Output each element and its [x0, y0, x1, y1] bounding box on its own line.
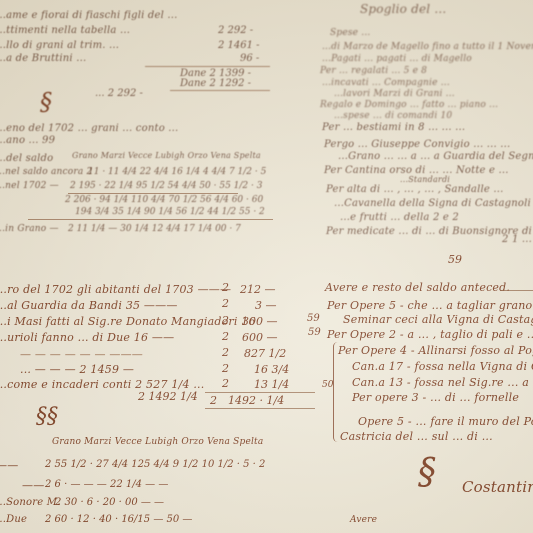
right-bottom-heading: Avere e resto del saldo anteced. [325, 281, 510, 294]
left-top-amount-2: 2 1461 - [218, 40, 260, 51]
margin-number: 59 [307, 313, 320, 324]
right-bottom-line: Per Opere 4 - Allinarsi fosso al Poggio … [338, 344, 533, 357]
left-top-subtotal-3: ... 2 292 - [95, 88, 143, 99]
ledger-row-mark: 2 [222, 377, 229, 390]
right-line: ...Grano ... ... a ... a Guardia del Seg… [338, 151, 533, 162]
left-top-line-1: ...ame e fiorai di fiaschi figli del ... [0, 10, 178, 21]
table1-row-label: ...in Grano — [0, 224, 59, 234]
ledger-row-amount: 3 — [255, 299, 277, 312]
divider [205, 408, 315, 409]
right-line: Per ... bestiami in 8 ... ... ... [322, 122, 465, 133]
right-title: Spoglio del ... [360, 2, 446, 16]
ledger-row-mark: 2 [222, 346, 229, 359]
divider [145, 66, 270, 67]
right-line: Per alta di ... , ... , ... , Sandalle .… [326, 184, 504, 195]
right-line: ...Pagati ... pagati ... di Magello [322, 54, 472, 64]
ledger-row-text: — — — — — — ——— [20, 348, 143, 361]
section-mark: § [418, 452, 436, 493]
right-bottom-line: Per Opere 5 - che ... a tagliar grano in… [327, 299, 533, 312]
margin-number: 59 [308, 327, 321, 338]
table1-row-values: 194 3/4 35 1/4 90 1/4 56 1/2 44 1/2 55 ·… [75, 207, 265, 217]
page-number: 59 [448, 253, 462, 266]
table1-row-label: ...nel 1702 — [0, 181, 59, 191]
table1-intro2: ...ano ... 99 [0, 135, 55, 146]
bracket [333, 342, 342, 442]
right-line: ...spese ... di comandi 10 [334, 111, 452, 121]
right-line: ...incavati ... Compagnie ... [322, 78, 450, 88]
table1-columns: Grano Marzi Vecce Lubigh Orzo Vena Spelt… [72, 151, 261, 160]
ledger-row-amount: 13 1/4 [254, 378, 289, 391]
right-line: Regalo e Domingo ... fatto ... piano ... [320, 100, 498, 110]
table2-row-label: ...Due [0, 514, 27, 525]
divider [28, 219, 273, 220]
ledger-row-mark: 2 [210, 394, 217, 407]
left-top-line-2: ...ttimenti nella tabella ... [0, 25, 130, 36]
table1-row-values: 2 195 · 22 1/4 95 1/2 54 4/4 50 · 55 1/2… [70, 181, 262, 191]
left-top-line-4: ...a de Bruttini ... [0, 53, 86, 64]
right-line: ...di Marzo de Magello fino a tutto il 1… [322, 42, 533, 52]
left-top-subtotal-2: Dane 2 1292 - [180, 78, 251, 89]
ledger-row-mark: 2 [222, 362, 229, 375]
section-mark: §§ [36, 404, 58, 429]
right-bottom-line: Can.a 13 - fossa nel Sig.re ... a ... [352, 376, 533, 389]
ledger-row-text: ...i Masi fatti al Sig.re Donato Mangiad… [0, 315, 256, 328]
right-line: Per ... regalati ... 5 e 8 [320, 66, 427, 76]
right-bottom-line: Castricia del ... sul ... di ... [340, 430, 493, 443]
ledger-row-amount: 212 — [240, 283, 276, 296]
table1-intro: ...eno del 1702 ... grani ... conto ... [0, 123, 178, 134]
ledger-row-amount: 827 1/2 [244, 347, 286, 360]
table2-columns: Grano Marzi Vecce Lubigh Orzo Vena Spelt… [52, 437, 263, 447]
divider [170, 90, 270, 91]
right-line: ...Standardi [400, 175, 450, 184]
ledger-row-mark: 2 [222, 281, 229, 294]
right-bottom-line: Per Opere 2 - a ... , taglio di pali e .… [327, 328, 533, 341]
divider [205, 392, 315, 393]
right-line: Spese ... [330, 28, 370, 38]
right-line: ...e frutti ... della 2 e 2 [340, 212, 459, 223]
paper-shading [0, 0, 533, 533]
ledger-row-amount: 300 — [242, 315, 278, 328]
ledger-subtotal: 2 1492 1/4 [138, 390, 198, 403]
manuscript-page: ...ame e fiorai di fiaschi figli del ...… [0, 0, 533, 533]
table2-row-values: 2 30 · 6 · 20 · 00 — — [55, 497, 164, 508]
table1-header-label: ...del saldo [0, 153, 53, 164]
right-line: ...lavori Marzi di Grani ... [334, 89, 455, 99]
right-line: 2 1 ... [502, 234, 532, 245]
table2-row-values: 2 6 · — — — 22 1/4 — — [45, 479, 168, 490]
footer-label: Avere [350, 515, 377, 525]
margin-number: 50 [322, 380, 333, 390]
ledger-total: 1492 · 1/4 [228, 394, 284, 407]
right-bottom-line: Seminar ceci alla Vigna di Castagnolo [343, 313, 533, 326]
ledger-row-mark: 2 [222, 330, 229, 343]
section-mark: § [40, 88, 52, 116]
table2-row-values: 2 60 · 12 · 40 · 16/15 — 50 — [45, 514, 192, 525]
ledger-row-mark: 2 [222, 314, 229, 327]
right-bottom-line: Per opere 3 - ... di ... fornelle [352, 391, 519, 404]
right-line: Pergo ... Giuseppe Convigio ... ... ... [324, 139, 510, 150]
table1-row-values: 11 · 11 4/4 22 4/4 16 1/4 4 4/4 7 1/2 · … [88, 167, 266, 177]
table2-row-label: ...Sonore M. [0, 497, 61, 508]
table1-row-values: 2 11 1/4 — 30 1/4 12 4/4 17 1/4 00 · 7 [68, 224, 241, 234]
left-top-amount-3: 96 - [240, 53, 259, 64]
table1-row-label: ...nel saldo ancora 2 [0, 167, 92, 177]
left-top-amount-1: 2 292 - [218, 25, 253, 36]
table2-row-values: 2 55 1/2 · 27 4/4 125 4/4 9 1/2 10 1/2 ·… [45, 459, 265, 470]
ledger-row-mark: 2 [222, 297, 229, 310]
divider [500, 290, 533, 291]
ledger-row-amount: 600 — [242, 331, 278, 344]
table2-row-label: —— [0, 459, 18, 472]
ledger-row-text: ...al Guardia da Bandi 35 ——— [0, 299, 178, 312]
table2-row-label: —— [22, 479, 44, 492]
right-bottom-line: Can.a 17 - fossa nella Vigna di Castagno… [352, 360, 533, 373]
divider [68, 193, 238, 194]
right-bottom-line: Opere 5 - ... fare il muro del Podere [358, 415, 533, 428]
ledger-row-text: ...urioli fanno ... di Due 16 —— [0, 331, 174, 344]
ledger-row-text: ...ro del 1702 gli abitanti del 1703 ——— [0, 283, 231, 296]
table1-row-values: 2 206 · 94 1/4 110 4/4 70 1/2 56 4/4 60 … [65, 195, 263, 205]
ledger-row-text: ... — — — 2 1459 — [20, 363, 134, 376]
ledger-row-amount: 16 3/4 [254, 363, 289, 376]
left-top-line-3: ...llo di grani al trim. ... [0, 40, 119, 51]
right-line: ...Cavanella della Signa di Castagnoli .… [334, 198, 533, 209]
signature: Costantin... [462, 478, 533, 496]
